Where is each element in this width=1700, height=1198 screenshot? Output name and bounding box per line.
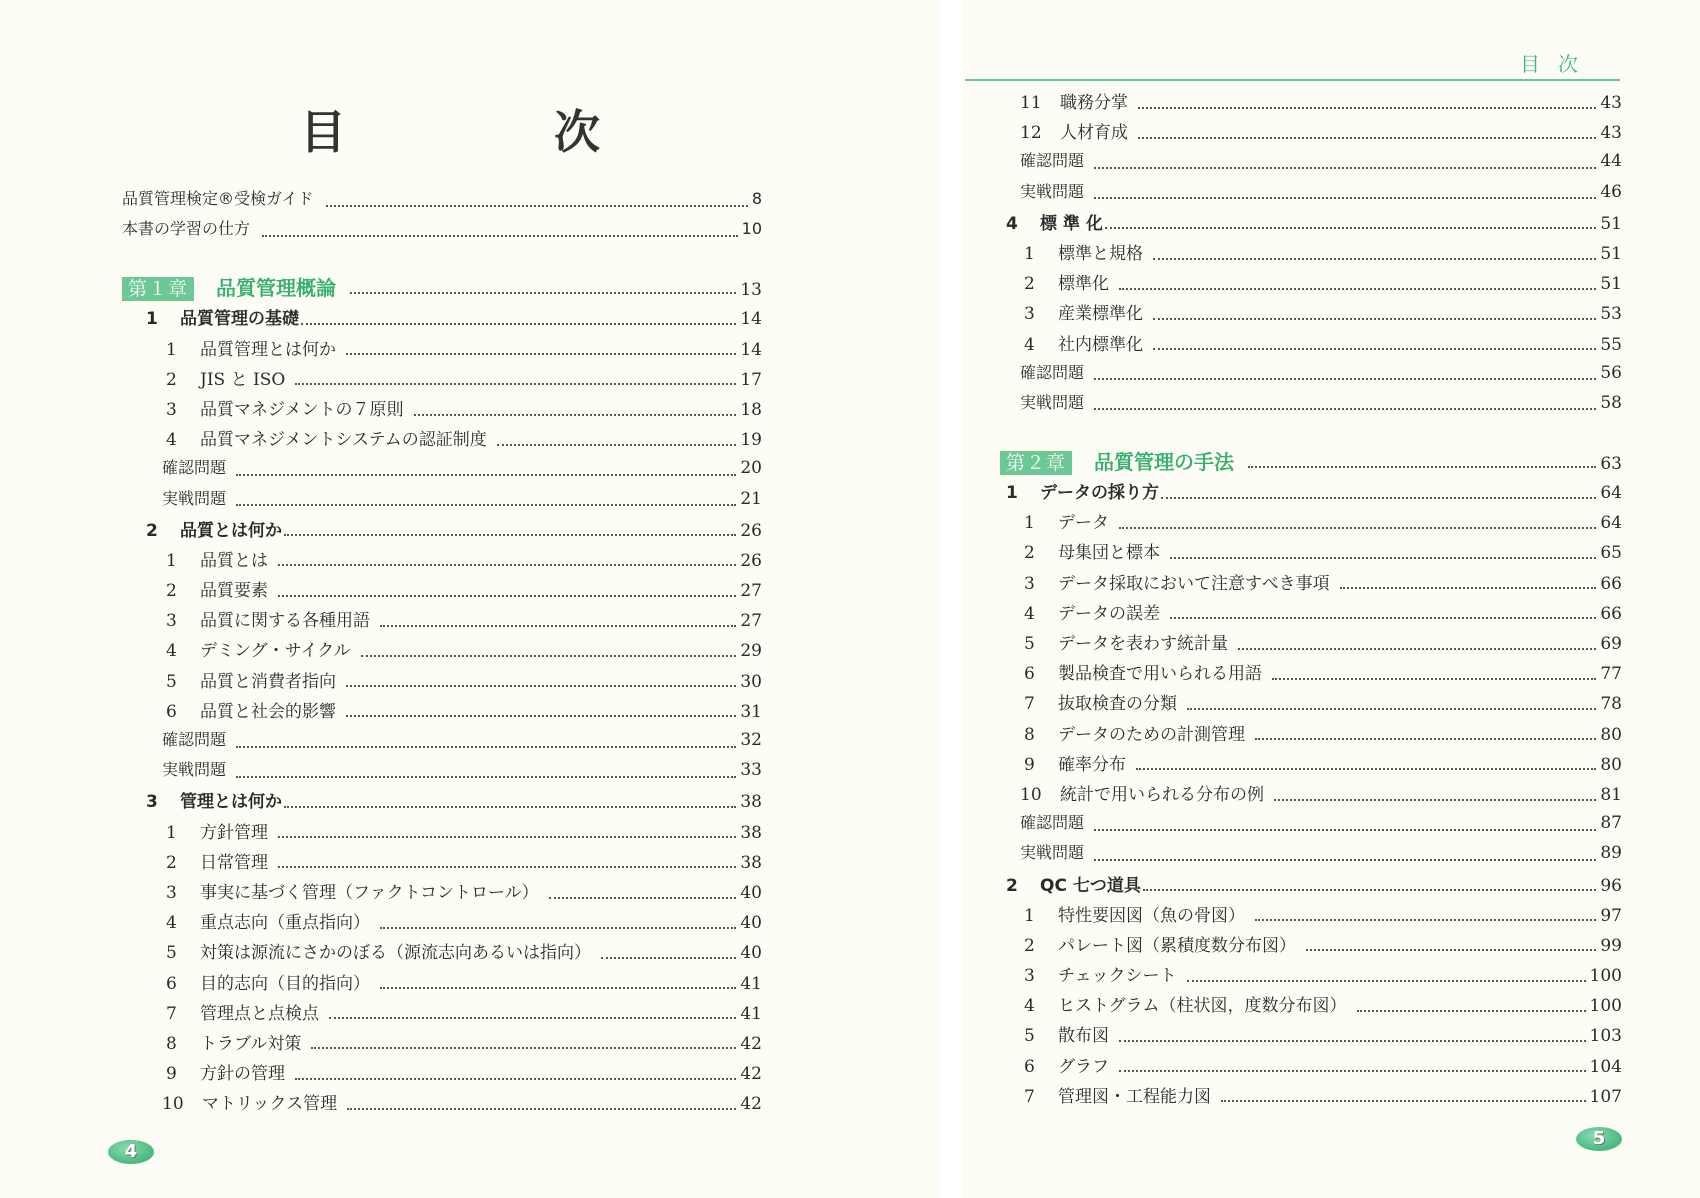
toc-item[interactable]: 4品質マネジメントシステムの認証制度19 bbox=[122, 425, 762, 455]
toc-item[interactable]: 3チェックシート100 bbox=[1000, 961, 1622, 991]
toc-item[interactable]: 3品質に関する各種用語27 bbox=[122, 606, 762, 636]
chapter-title: 品質管理概論 bbox=[216, 272, 336, 301]
toc-item[interactable]: 5対策は源流にさかのぼる（源流志向あるいは指向）40 bbox=[122, 938, 762, 968]
toc-right-column: 11職務分掌43 12人材育成43 確認問題44 実戦問題46 4標 準 化51… bbox=[1000, 88, 1622, 1112]
toc-practice-problems[interactable]: 実戦問題58 bbox=[1000, 390, 1622, 420]
toc-item[interactable]: 9確率分布80 bbox=[1000, 750, 1622, 780]
book-gutter bbox=[940, 0, 962, 1198]
toc-item[interactable]: 5散布図103 bbox=[1000, 1021, 1622, 1051]
dot-leader bbox=[350, 291, 736, 294]
toc-item[interactable]: 3品質マネジメントの７原則18 bbox=[122, 395, 762, 425]
toc-item[interactable]: 3事実に基づく管理（ファクトコントロール）40 bbox=[122, 878, 762, 908]
toc-item[interactable]: 2JIS と ISO17 bbox=[122, 365, 762, 395]
toc-item[interactable]: 7抜取検査の分類78 bbox=[1000, 689, 1622, 719]
toc-item[interactable]: 4ヒストグラム（柱状図，度数分布図）100 bbox=[1000, 991, 1622, 1021]
toc-item[interactable]: 1方針管理38 bbox=[122, 818, 762, 848]
toc-section[interactable]: 3管理とは何か38 bbox=[122, 787, 762, 817]
toc-left-column: 品質管理検定®受検ガイド8 本書の学習の仕方10 第１章品質管理概論13 1品質… bbox=[122, 186, 762, 1119]
chapter-badge: 第２章 bbox=[1000, 451, 1072, 475]
toc-item[interactable]: 2パレート図（累積度数分布図）99 bbox=[1000, 931, 1622, 961]
toc-item[interactable]: 1品質とは26 bbox=[122, 546, 762, 576]
toc-practice-problems[interactable]: 実戦問題21 bbox=[122, 486, 762, 516]
toc-section[interactable]: 4標 準 化51 bbox=[1000, 209, 1622, 239]
toc-item[interactable]: 11職務分掌43 bbox=[1000, 88, 1622, 118]
toc-section[interactable]: 1データの採り方64 bbox=[1000, 478, 1622, 508]
toc-practice-problems[interactable]: 実戦問題89 bbox=[1000, 840, 1622, 870]
toc-item[interactable]: 2日常管理38 bbox=[122, 848, 762, 878]
toc-item[interactable]: 4データの誤差66 bbox=[1000, 599, 1622, 629]
toc-item[interactable]: 1標準と規格51 bbox=[1000, 239, 1622, 269]
toc-item[interactable]: 5品質と消費者指向30 bbox=[122, 667, 762, 697]
toc-practice-problems[interactable]: 実戦問題46 bbox=[1000, 179, 1622, 209]
toc-review-problems[interactable]: 確認問題44 bbox=[1000, 148, 1622, 178]
page-title-char: 目 bbox=[300, 96, 346, 162]
chapter-badge: 第１章 bbox=[122, 277, 194, 301]
toc-practice-problems[interactable]: 実戦問題33 bbox=[122, 757, 762, 787]
toc-item[interactable]: 9方針の管理42 bbox=[122, 1059, 762, 1089]
toc-entry-how-to-study[interactable]: 本書の学習の仕方10 bbox=[122, 216, 762, 246]
toc-item[interactable]: 8データのための計測管理80 bbox=[1000, 720, 1622, 750]
toc-item[interactable]: 4重点志向（重点指向）40 bbox=[122, 908, 762, 938]
header-rule bbox=[965, 79, 1620, 81]
toc-item[interactable]: 4デミング・サイクル29 bbox=[122, 636, 762, 666]
toc-item[interactable]: 1データ64 bbox=[1000, 508, 1622, 538]
toc-review-problems[interactable]: 確認問題87 bbox=[1000, 810, 1622, 840]
toc-item[interactable]: 2標準化51 bbox=[1000, 269, 1622, 299]
toc-item[interactable]: 1特性要因図（魚の骨図）97 bbox=[1000, 901, 1622, 931]
page-title: 目 次 bbox=[300, 96, 600, 162]
toc-item[interactable]: 6製品検査で用いられる用語77 bbox=[1000, 659, 1622, 689]
running-head: 目次 bbox=[1520, 48, 1596, 77]
toc-item[interactable]: 3産業標準化53 bbox=[1000, 299, 1622, 329]
page-number-badge: 5 bbox=[1576, 1127, 1622, 1151]
toc-review-problems[interactable]: 確認問題32 bbox=[122, 727, 762, 757]
toc-item[interactable]: 5データを表わす統計量69 bbox=[1000, 629, 1622, 659]
toc-item[interactable]: 2品質要素27 bbox=[122, 576, 762, 606]
page-title-char: 次 bbox=[554, 96, 600, 162]
toc-chapter-2[interactable]: 第２章品質管理の手法63 bbox=[1000, 446, 1622, 478]
toc-item[interactable]: 12人材育成43 bbox=[1000, 118, 1622, 148]
toc-entry-guide[interactable]: 品質管理検定®受検ガイド8 bbox=[122, 186, 762, 216]
toc-chapter-1[interactable]: 第１章品質管理概論13 bbox=[122, 272, 762, 304]
toc-review-problems[interactable]: 確認問題20 bbox=[122, 455, 762, 485]
toc-section[interactable]: 1品質管理の基礎14 bbox=[122, 304, 762, 334]
toc-review-problems[interactable]: 確認問題56 bbox=[1000, 360, 1622, 390]
toc-item[interactable]: 10マトリックス管理42 bbox=[122, 1089, 762, 1119]
toc-item[interactable]: 3データ採取において注意すべき事項66 bbox=[1000, 569, 1622, 599]
toc-item[interactable]: 4社内標準化55 bbox=[1000, 330, 1622, 360]
toc-section[interactable]: 2品質とは何か26 bbox=[122, 516, 762, 546]
toc-item[interactable]: 6目的志向（目的指向）41 bbox=[122, 969, 762, 999]
toc-item[interactable]: 8トラブル対策42 bbox=[122, 1029, 762, 1059]
toc-item[interactable]: 7管理点と点検点41 bbox=[122, 999, 762, 1029]
toc-item[interactable]: 1品質管理とは何か14 bbox=[122, 335, 762, 365]
toc-item[interactable]: 2母集団と標本65 bbox=[1000, 538, 1622, 568]
toc-item[interactable]: 10統計で用いられる分布の例81 bbox=[1000, 780, 1622, 810]
dot-leader bbox=[326, 204, 748, 207]
page-number-badge: 4 bbox=[108, 1140, 154, 1164]
toc-item[interactable]: 6品質と社会的影響31 bbox=[122, 697, 762, 727]
dot-leader bbox=[262, 234, 738, 237]
toc-item[interactable]: 7管理図・工程能力図107 bbox=[1000, 1082, 1622, 1112]
toc-item[interactable]: 6グラフ104 bbox=[1000, 1052, 1622, 1082]
toc-section[interactable]: 2QC 七つ道具96 bbox=[1000, 871, 1622, 901]
chapter-title: 品質管理の手法 bbox=[1094, 446, 1234, 475]
